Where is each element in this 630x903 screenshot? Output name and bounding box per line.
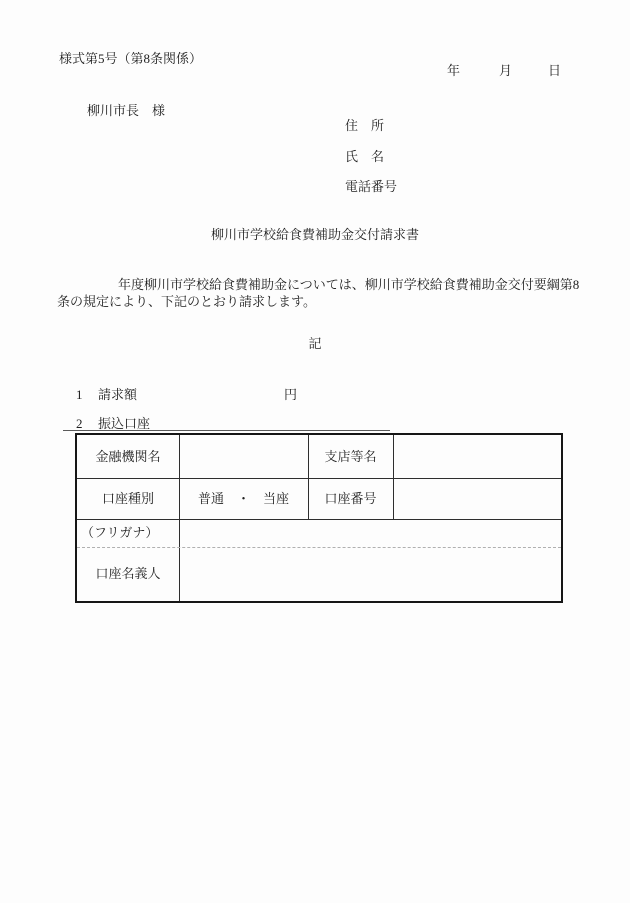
applicant-phone-label: 電話番号 [345, 180, 397, 193]
branch-name-label: 支店等名 [308, 450, 393, 463]
claim-amount-blank [150, 384, 280, 402]
claim-item-number: 1 [76, 388, 83, 401]
branch-name-blank-cell [394, 436, 561, 478]
form-number: 様式第5号（第8条関係） [59, 52, 202, 65]
account-type-label: 口座種別 [77, 492, 179, 505]
applicant-address-label: 住 所 [345, 119, 384, 132]
bank-name-blank-cell [180, 436, 308, 478]
record-mark: 記 [0, 337, 630, 350]
applicant-name-label: 氏 名 [345, 150, 384, 163]
furigana-label: （フリガナ） [81, 526, 158, 539]
account-number-label: 口座番号 [308, 492, 393, 505]
date-year-label: 年 [447, 64, 460, 77]
account-holder-blank-cell [180, 548, 561, 601]
body-paragraph-line-2: 条の規定により、下記のとおり請求します。 [57, 295, 316, 308]
date-day-label: 日 [548, 64, 561, 77]
account-item-number: 2 [76, 417, 83, 430]
claim-item-label: 請求額 [98, 388, 137, 401]
account-holder-label: 口座名義人 [77, 567, 179, 580]
account-table: 金融機関名 支店等名 口座種別 普通 ・ 当座 口座番号 （フリガナ） 口座名義… [75, 433, 563, 603]
body-paragraph-line-1: 年度柳川市学校給食費補助金については、柳川市学校給食費補助金交付要綱第8 [118, 278, 579, 291]
document-page: 様式第5号（第8条関係） 年 月 日 柳川市長 様 住 所 氏 名 電話番号 柳… [0, 0, 630, 903]
account-heading-underline [63, 430, 390, 431]
addressee: 柳川市長 様 [87, 104, 165, 117]
account-number-blank-cell [394, 479, 561, 519]
bank-name-label: 金融機関名 [77, 450, 179, 463]
account-type-options: 普通 ・ 当座 [179, 492, 308, 505]
account-item-label: 振込口座 [98, 417, 150, 430]
date-month-label: 月 [499, 64, 512, 77]
furigana-blank-cell [180, 520, 561, 547]
claim-amount-unit: 円 [284, 388, 297, 401]
document-title: 柳川市学校給食費補助金交付請求書 [0, 228, 630, 241]
